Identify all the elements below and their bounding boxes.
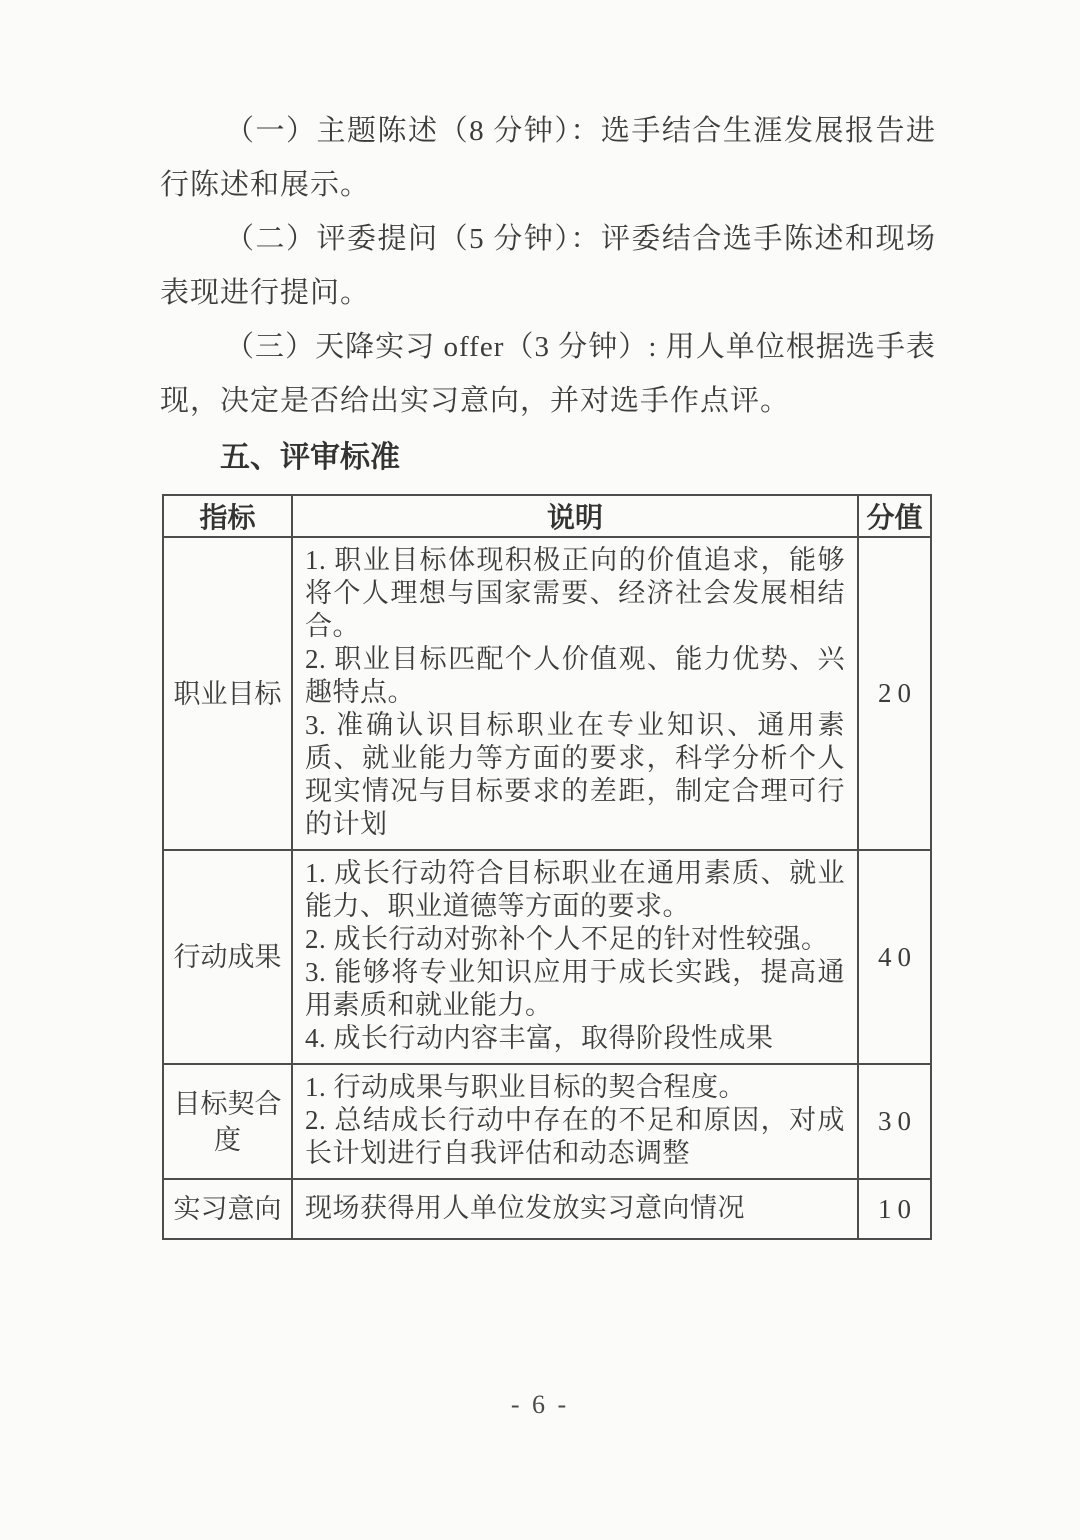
description-cell: 1. 行动成果与职业目标的契合程度。 2. 总结成长行动中存在的不足和原因，对成… (292, 1064, 858, 1179)
description-item: 2. 总结成长行动中存在的不足和原因，对成长计划进行自我评估和动态调整 (305, 1104, 845, 1170)
page-number: - 6 - (0, 1390, 1080, 1420)
table-row: 职业目标 1. 职业目标体现积极正向的价值追求，能够将个人理想与国家需要、经济社… (163, 537, 931, 850)
score-cell: 40 (858, 850, 931, 1064)
description-cell: 现场获得用人单位发放实习意向情况 (292, 1179, 858, 1239)
indicator-cell: 行动成果 (163, 850, 292, 1064)
section-heading: 五、评审标准 (160, 436, 936, 480)
column-header-indicator: 指标 (163, 495, 292, 537)
score-cell: 20 (858, 537, 931, 850)
table-row: 行动成果 1. 成长行动符合目标职业在通用素质、就业能力、职业道德等方面的要求。… (163, 850, 931, 1064)
description-item: 2. 成长行动对弥补个人不足的针对性较强。 (305, 923, 845, 956)
document-content: （一）主题陈述（8 分钟）：选手结合生涯发展报告进行陈述和展示。 （二）评委提问… (160, 104, 936, 1240)
table-row: 目标契合度 1. 行动成果与职业目标的契合程度。 2. 总结成长行动中存在的不足… (163, 1064, 931, 1179)
indicator-cell: 职业目标 (163, 537, 292, 850)
paragraph-theme-statement: （一）主题陈述（8 分钟）：选手结合生涯发展报告进行陈述和展示。 (160, 104, 936, 212)
table-header-row: 指标 说明 分值 (163, 495, 931, 537)
description-item: 1. 行动成果与职业目标的契合程度。 (305, 1071, 845, 1104)
column-header-score: 分值 (858, 495, 931, 537)
description-cell: 1. 成长行动符合目标职业在通用素质、就业能力、职业道德等方面的要求。 2. 成… (292, 850, 858, 1064)
description-item: 2. 职业目标匹配个人价值观、能力优势、兴趣特点。 (305, 643, 845, 709)
criteria-table: 指标 说明 分值 职业目标 1. 职业目标体现积极正向的价值追求，能够将个人理想… (162, 494, 932, 1240)
description-item: 4. 成长行动内容丰富，取得阶段性成果 (305, 1022, 845, 1055)
indicator-cell: 实习意向 (163, 1179, 292, 1239)
score-cell: 30 (858, 1064, 931, 1179)
indicator-cell: 目标契合度 (163, 1064, 292, 1179)
description-item: 1. 职业目标体现积极正向的价值追求，能够将个人理想与国家需要、经济社会发展相结… (305, 544, 845, 643)
paragraph-internship-offer: （三）天降实习 offer（3 分钟）: 用人单位根据选手表现，决定是否给出实习… (160, 320, 936, 428)
column-header-description: 说明 (292, 495, 858, 537)
description-item: 3. 能够将专业知识应用于成长实践，提高通用素质和就业能力。 (305, 956, 845, 1022)
document-page: （一）主题陈述（8 分钟）：选手结合生涯发展报告进行陈述和展示。 （二）评委提问… (0, 0, 1080, 1540)
score-cell: 10 (858, 1179, 931, 1239)
description-item: 现场获得用人单位发放实习意向情况 (305, 1192, 845, 1225)
paragraph-judge-questions: （二）评委提问（5 分钟）：评委结合选手陈述和现场表现进行提问。 (160, 212, 936, 320)
table-row: 实习意向 现场获得用人单位发放实习意向情况 10 (163, 1179, 931, 1239)
description-cell: 1. 职业目标体现积极正向的价值追求，能够将个人理想与国家需要、经济社会发展相结… (292, 537, 858, 850)
description-item: 3. 准确认识目标职业在专业知识、通用素质、就业能力等方面的要求，科学分析个人现… (305, 709, 845, 841)
description-item: 1. 成长行动符合目标职业在通用素质、就业能力、职业道德等方面的要求。 (305, 857, 845, 923)
